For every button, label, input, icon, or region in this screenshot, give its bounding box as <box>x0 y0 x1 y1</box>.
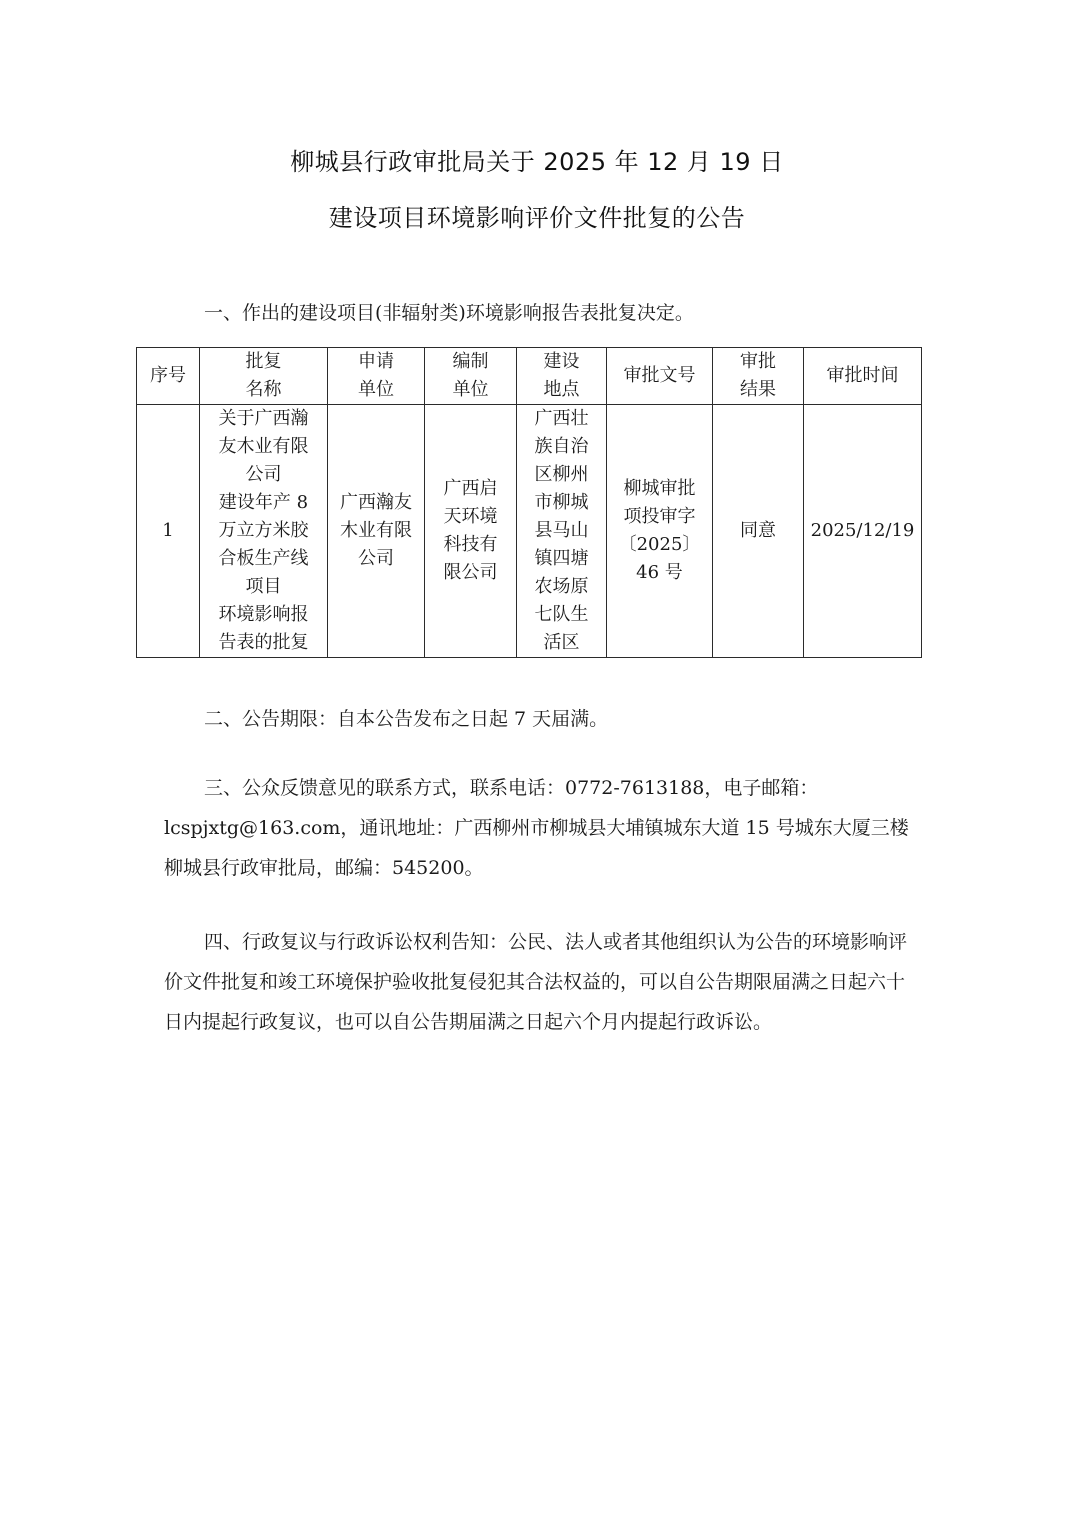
cell-location: 广西壮 族自治 区柳州 市柳城 县马山 镇四塘 农场原 七队生 活区 <box>517 405 607 658</box>
table-header-row: 序号 批复名称 申请单位 编制单位 建设地点 审批文号 审批结果 审批时间 <box>137 348 922 405</box>
section-1-heading: 一、作出的建设项目(非辐射类)环境影响报告表批复决定。 <box>164 293 912 333</box>
header-compiler: 编制单位 <box>425 348 517 405</box>
header-location: 建设地点 <box>517 348 607 405</box>
section-2-notice-period: 二、公告期限：自本公告发布之日起 7 天届满。 <box>164 699 912 739</box>
header-applicant: 申请单位 <box>328 348 425 405</box>
document-title-line-1: 柳城县行政审批局关于 2025 年 12 月 19 日 <box>0 142 1074 177</box>
approvals-table: 序号 批复名称 申请单位 编制单位 建设地点 审批文号 审批结果 审批时间 1 … <box>136 347 922 658</box>
header-approval-name: 批复名称 <box>200 348 328 405</box>
table-row: 1 关于广西瀚 友木业有限 公司 建设年产 8 万立方米胶 合板生产线 项目 环… <box>137 405 922 658</box>
header-index: 序号 <box>137 348 200 405</box>
cell-applicant: 广西瀚友 木业有限 公司 <box>328 405 425 658</box>
cell-document-no: 柳城审批 项投审字 〔2025〕 46 号 <box>607 405 713 658</box>
header-document-no: 审批文号 <box>607 348 713 405</box>
header-result: 审批结果 <box>713 348 804 405</box>
cell-index: 1 <box>137 405 200 658</box>
document-title-line-2: 建设项目环境影响评价文件批复的公告 <box>0 198 1074 233</box>
cell-approval-name: 关于广西瀚 友木业有限 公司 建设年产 8 万立方米胶 合板生产线 项目 环境影… <box>200 405 328 658</box>
cell-date: 2025/12/19 <box>804 405 922 658</box>
cell-result: 同意 <box>713 405 804 658</box>
section-4-legal-rights: 四、行政复议与行政诉讼权利告知：公民、法人或者其他组织认为公告的环境影响评价文件… <box>164 922 912 1042</box>
header-date: 审批时间 <box>804 348 922 405</box>
section-3-contact-info: 三、公众反馈意见的联系方式，联系电话：0772-7613188，电子邮箱：lcs… <box>164 768 912 888</box>
cell-compiler: 广西启 天环境 科技有 限公司 <box>425 405 517 658</box>
